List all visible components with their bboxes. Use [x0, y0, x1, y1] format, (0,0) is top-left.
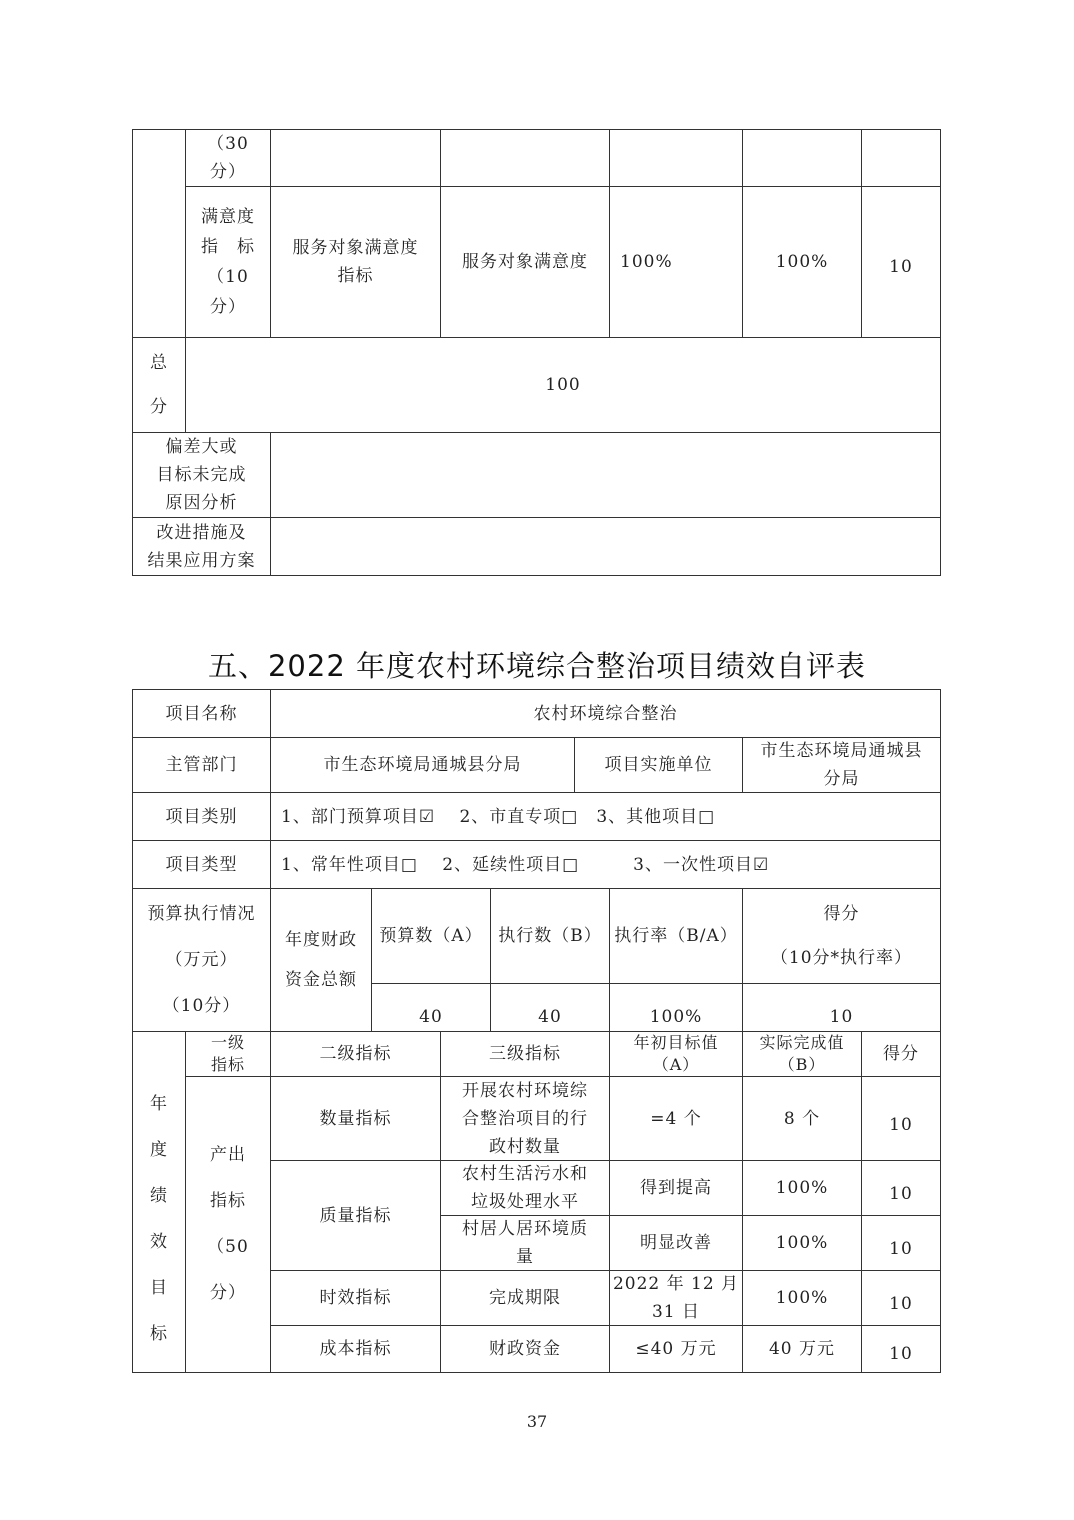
indicator-target: =4 个	[609, 1076, 743, 1161]
improvement-value	[270, 517, 941, 576]
header-actual: 实际完成值 （B）	[742, 1031, 862, 1077]
header-level3: 三级指标	[440, 1031, 610, 1077]
budget-value-b: 40	[490, 983, 610, 1032]
indicator-score: 10	[861, 1076, 941, 1161]
indicator-target: 得到提高	[609, 1160, 743, 1216]
indicator-score: 10	[861, 1270, 941, 1326]
budget-total-label: 年度财政 资金总额	[270, 888, 372, 1032]
indicator-score: 10	[861, 1215, 941, 1271]
header-score: 得分	[861, 1031, 941, 1077]
section-title: 五、2022 年度农村环境综合整治项目绩效自评表	[0, 644, 1074, 685]
indicator-score: 10	[861, 1160, 941, 1216]
header-target: 年初目标值 （A）	[609, 1031, 743, 1077]
empty-cell	[270, 129, 441, 187]
annual-goal-label: 年 度 绩 效 目 标	[132, 1031, 186, 1373]
indicator-level3: 农村生活污水和 垃圾处理水平	[440, 1160, 610, 1216]
indicator-actual: 100%	[742, 1270, 862, 1326]
budget-value-a: 40	[371, 983, 491, 1032]
improvement-label: 改进措施及 结果应用方案	[132, 517, 271, 576]
budget-header-score: 得分 （10分*执行率）	[742, 888, 941, 984]
empty-cell	[609, 129, 743, 187]
budget-value-rate: 100%	[609, 983, 743, 1032]
indicator-actual: 100%	[742, 1160, 862, 1216]
indicator-level2: 数量指标	[270, 1076, 441, 1161]
total-value: 100	[185, 337, 941, 433]
budget-header-rate: 执行率（B/A）	[609, 888, 743, 984]
project-name-value: 农村环境综合整治	[270, 689, 941, 738]
empty-cell	[861, 129, 941, 187]
indicator-level2: 成本指标	[270, 1325, 441, 1373]
type-value: 1、常年性项目□ 2、延续性项目□ 3、一次性项目☑	[270, 840, 941, 889]
header-level2: 二级指标	[270, 1031, 441, 1077]
indicator-actual: 40 万元	[742, 1325, 862, 1373]
indicator-level2: 时效指标	[270, 1270, 441, 1326]
satisfaction-target: 100%	[609, 186, 743, 338]
indicator-target: 明显改善	[609, 1215, 743, 1271]
satisfaction-score: 10	[861, 186, 941, 338]
header-level1: 一级 指标	[185, 1031, 271, 1077]
department-value: 市生态环境局通城县分局	[270, 737, 575, 793]
impl-unit-value: 市生态环境局通城县 分局	[742, 737, 941, 793]
type-label: 项目类型	[132, 840, 271, 889]
indicator-level3: 村居人居环境质 量	[440, 1215, 610, 1271]
effect-score-label: （30 分）	[185, 129, 271, 187]
satisfaction-level3: 服务对象满意度	[440, 186, 610, 338]
impl-unit-label: 项目实施单位	[574, 737, 743, 793]
satisfaction-level2: 服务对象满意度 指标	[270, 186, 441, 338]
output-indicator-label: 产出 指标 （50 分）	[185, 1076, 271, 1373]
indicator-level3: 完成期限	[440, 1270, 610, 1326]
indicator-actual: 100%	[742, 1215, 862, 1271]
indicator-target: 2022 年 12 月 31 日	[609, 1270, 743, 1326]
budget-header-a: 预算数（A）	[371, 888, 491, 984]
indicator-level2-quality: 质量指标	[270, 1160, 441, 1271]
budget-value-score: 10	[742, 983, 941, 1032]
satisfaction-actual: 100%	[742, 186, 862, 338]
deviation-label: 偏差大或 目标未完成 原因分析	[132, 432, 271, 518]
indicator-level3: 财政资金	[440, 1325, 610, 1373]
budget-header-b: 执行数（B）	[490, 888, 610, 984]
project-name-label: 项目名称	[132, 689, 271, 738]
indicator-score: 10	[861, 1325, 941, 1373]
category-value: 1、部门预算项目☑ 2、市直专项□ 3、其他项目□	[270, 792, 941, 841]
total-label: 总 分	[132, 337, 186, 433]
empty-cell	[440, 129, 610, 187]
top-level0-cell	[132, 129, 186, 338]
category-label: 项目类别	[132, 792, 271, 841]
satisfaction-level1: 满意度 指 标 （10 分）	[185, 186, 271, 338]
indicator-level3: 开展农村环境综 合整治项目的行 政村数量	[440, 1076, 610, 1161]
department-label: 主管部门	[132, 737, 271, 793]
budget-label: 预算执行情况 （万元） （10分）	[132, 888, 271, 1032]
indicator-target: ≤40 万元	[609, 1325, 743, 1373]
indicator-actual: 8 个	[742, 1076, 862, 1161]
page-number: 37	[0, 1412, 1074, 1431]
deviation-value	[270, 432, 941, 518]
empty-cell	[742, 129, 862, 187]
